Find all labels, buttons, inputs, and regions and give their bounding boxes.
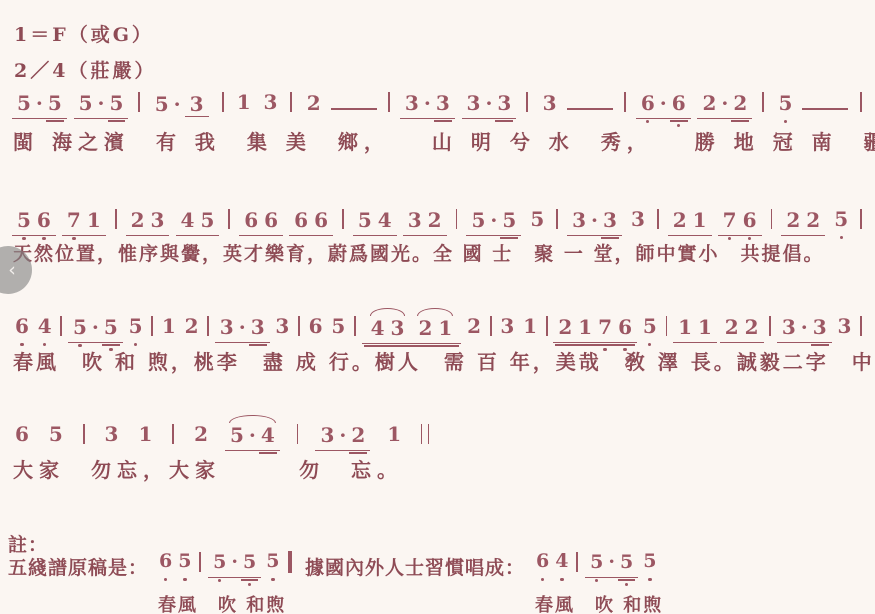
jianpu-note: 1	[697, 316, 713, 339]
jianpu-note: 6	[535, 551, 550, 573]
note-group: 3·3	[400, 91, 455, 119]
note-group: 76	[718, 208, 762, 236]
footnote-notes-original: 655·55	[158, 551, 295, 578]
jianpu-note: 7	[722, 209, 738, 232]
rhythm-dot: ·	[483, 93, 494, 113]
barline	[222, 92, 224, 112]
barline	[172, 424, 174, 444]
note-group: 45	[176, 208, 220, 236]
lyric-line-4: 大家 勿忘，大家 勿 忘。	[13, 454, 403, 483]
jianpu-note: 2	[724, 316, 740, 339]
rhythm-dot: ·	[606, 553, 617, 572]
rhythm-dot: ·	[337, 425, 348, 445]
jianpu-note: 3	[407, 209, 423, 232]
jianpu-note: 2	[557, 316, 573, 339]
note-group: 5·5	[12, 91, 67, 119]
jianpu-note: 2	[193, 423, 209, 446]
jianpu-note: 2	[744, 316, 760, 339]
jianpu-note: 3	[571, 209, 587, 232]
jianpu-note: 3	[189, 93, 205, 116]
jianpu-note: 5	[16, 209, 32, 232]
jianpu-note: 3	[781, 316, 797, 339]
jianpu-note: 4	[370, 317, 386, 340]
note-group: 3	[185, 92, 209, 117]
extension-dash	[567, 108, 613, 110]
note-group: 5·4	[225, 423, 280, 451]
footnote-row: 五綫譜原稿是： 655·55 春風 吹 和煦 據國內外人士習慣唱成： 645·5…	[8, 551, 673, 614]
jianpu-note: 5	[16, 92, 32, 115]
jianpu-note: 1	[577, 316, 593, 339]
lyric-line-2: 天然位置，惟序與黌，英才樂育，蔚爲國光。全 國 士 聚 一 堂，師中實小 共提倡…	[13, 239, 824, 266]
jianpu-note: 3	[630, 208, 646, 231]
jianpu-note: 6	[671, 92, 687, 115]
jianpu-note: 1	[86, 209, 102, 232]
note-group: 3·2	[315, 423, 370, 451]
jianpu-note: 1	[522, 315, 538, 338]
jianpu-note: 1	[236, 91, 252, 114]
footnote-example-custom: 645·55 春風 吹 和煦	[535, 551, 663, 614]
note-group: 5·5	[466, 208, 521, 236]
jianpu-note: 5	[72, 316, 88, 339]
jianpu-note: 1	[386, 423, 402, 446]
barline	[576, 552, 578, 572]
jianpu-note: 3	[390, 317, 406, 340]
jianpu-note: 6	[14, 423, 30, 446]
jianpu-note: 2	[427, 209, 443, 232]
jianpu-note: 5	[470, 209, 486, 232]
jianpu-note: 6	[36, 209, 52, 232]
lyric-line-3: 春風 吹 和 煦，桃李 盡 成 行。樹人 需 百 年，美哉 敎 澤 長。誠毅二字…	[13, 346, 875, 375]
final-barline	[421, 424, 429, 444]
music-line-3: 645·55123·336543212312176511223·33	[12, 315, 865, 344]
jianpu-note: 5	[265, 551, 280, 573]
footnote-custom-label: 據國內外人士習慣唱成：	[305, 551, 525, 580]
jianpu-note: 6	[158, 551, 173, 573]
jianpu-note: 5	[229, 424, 245, 447]
jianpu-note: 1	[161, 315, 177, 338]
jianpu-note: 3	[219, 316, 235, 339]
jianpu-note: 6	[263, 209, 279, 232]
jianpu-note: 1	[437, 317, 453, 340]
jianpu-note: 2	[306, 92, 322, 115]
barline	[342, 209, 344, 229]
note-group: 22	[781, 208, 825, 236]
barline	[666, 316, 668, 336]
barline	[199, 552, 201, 572]
barline	[297, 424, 299, 444]
jianpu-note: 3	[602, 209, 618, 232]
note-group: 32	[403, 208, 447, 236]
jianpu-note: 5	[154, 93, 170, 116]
jianpu-note: 5	[103, 316, 119, 339]
barline	[290, 92, 292, 112]
barline	[298, 316, 300, 336]
jianpu-note: 5	[199, 209, 215, 232]
jianpu-note: 5	[47, 92, 63, 115]
barline	[860, 209, 862, 229]
jianpu-note: 4	[180, 209, 196, 232]
barline	[83, 424, 85, 444]
rhythm-dot: ·	[488, 210, 499, 230]
jianpu-note: 2	[785, 209, 801, 232]
rhythm-dot: ·	[589, 210, 600, 230]
jianpu-note: 6	[742, 209, 758, 232]
lyric-line-1: 閩 海之濱 有 我 集 美 鄉， 山 明 兮 水 秀， 勝 地 冠 南 疆。	[13, 126, 875, 155]
note-group: 3	[538, 91, 615, 118]
jianpu-note: 6	[293, 209, 309, 232]
jianpu-note: 2	[350, 424, 366, 447]
barline	[771, 209, 773, 229]
chevron-left-icon: ‹	[8, 261, 16, 280]
jianpu-note: 3	[250, 316, 266, 339]
barline	[115, 209, 117, 229]
note-group: 3·3	[567, 208, 622, 236]
jianpu-note: 3	[435, 92, 451, 115]
rhythm-dot: ·	[229, 553, 240, 572]
jianpu-note: 1	[692, 209, 708, 232]
jianpu-note: 5	[501, 209, 517, 232]
rhythm-dot: ·	[799, 317, 810, 337]
note-group: 5·5	[208, 551, 261, 578]
music-line-2: 56712345666654325·553·332176225	[12, 208, 865, 236]
note-group: 71	[62, 208, 106, 236]
barline	[456, 209, 458, 229]
thick-barline	[288, 551, 293, 573]
jianpu-note: 1	[137, 423, 153, 446]
jianpu-note: 7	[597, 316, 613, 339]
note-group: 5·3	[150, 91, 213, 120]
rhythm-dot: ·	[719, 93, 730, 113]
jianpu-note: 5	[642, 315, 658, 338]
jianpu-note: 4	[260, 424, 276, 447]
note-group: 2176	[553, 315, 637, 343]
jianpu-note: 5	[778, 92, 794, 115]
jianpu-note: 5	[330, 315, 346, 338]
time-signature: 2／4（莊嚴）	[14, 56, 156, 83]
barline	[138, 92, 140, 112]
jianpu-note: 6	[14, 315, 30, 338]
note-group: 22	[720, 315, 764, 343]
note-group: 5	[774, 91, 851, 118]
jianpu-note: 3	[499, 315, 515, 338]
jianpu-note: 5	[589, 552, 604, 574]
jianpu-note: 6	[243, 209, 259, 232]
jianpu-note: 5	[109, 92, 125, 115]
note-group: 2·2	[697, 91, 752, 119]
jianpu-note: 2	[701, 92, 717, 115]
footnote-notes-custom: 645·55	[535, 551, 663, 578]
barline	[546, 316, 548, 336]
jianpu-note: 5	[619, 552, 634, 574]
jianpu-note: 3	[404, 92, 420, 115]
barline	[354, 316, 356, 336]
note-group: 66	[289, 208, 333, 236]
note-group: 5·5	[585, 551, 638, 578]
extension-dash	[331, 108, 377, 110]
barline	[762, 92, 764, 112]
jianpu-note: 4	[37, 315, 53, 338]
jianpu-note: 2	[466, 315, 482, 338]
rhythm-dot: ·	[90, 317, 101, 337]
jianpu-note: 5	[78, 92, 94, 115]
jianpu-note: 3	[496, 92, 512, 115]
jianpu-note: 3	[319, 424, 335, 447]
rhythm-dot: ·	[247, 425, 258, 445]
barline	[556, 209, 558, 229]
jianpu-note: 3	[466, 92, 482, 115]
note-group: 3·3	[462, 91, 517, 119]
jianpu-note: 5	[212, 552, 227, 574]
jianpu-note: 5	[642, 551, 657, 573]
barline	[228, 209, 230, 229]
jianpu-note: 2	[184, 315, 200, 338]
jianpu-note: 3	[104, 423, 120, 446]
jianpu-note: 3	[812, 316, 828, 339]
note-group: 5·5	[68, 315, 123, 343]
barline	[860, 316, 862, 336]
note-group: 21	[668, 208, 712, 236]
jianpu-note: 3	[274, 315, 290, 338]
rhythm-dot: ·	[96, 93, 107, 113]
rhythm-dot: ·	[237, 317, 248, 337]
jianpu-note: 4	[377, 209, 393, 232]
jianpu-note: 6	[313, 209, 329, 232]
jianpu-note: 5	[357, 209, 373, 232]
barline	[624, 92, 626, 112]
barline	[207, 316, 209, 336]
barline	[769, 316, 771, 336]
note-group: 23	[126, 208, 170, 236]
note-group: 54	[353, 208, 397, 236]
footnote-lyrics-custom: 春風 吹 和煦	[535, 591, 663, 614]
jianpu-note: 3	[263, 91, 279, 114]
jianpu-note: 3	[150, 209, 166, 232]
jianpu-note: 5	[833, 208, 849, 231]
barline	[657, 209, 659, 229]
footnote-original-label: 五綫譜原稿是：	[8, 551, 148, 580]
barline	[526, 92, 528, 112]
extension-dash	[802, 108, 848, 110]
jianpu-note: 5	[529, 208, 545, 231]
rhythm-dot: ·	[658, 93, 669, 113]
jianpu-note: 3	[542, 92, 558, 115]
music-line-1: 5·55·55·31323·33·336·62·25	[12, 91, 865, 120]
jianpu-note: 5	[48, 423, 64, 446]
jianpu-note: 7	[66, 209, 82, 232]
barline	[490, 316, 492, 336]
jianpu-note: 6	[308, 315, 324, 338]
note-group: 3·3	[777, 315, 832, 343]
note-group: 21	[413, 316, 457, 340]
rhythm-dot: ·	[172, 94, 183, 114]
note-group: 11	[673, 315, 717, 343]
note-group: 6·6	[636, 91, 691, 119]
jianpu-note: 2	[672, 209, 688, 232]
note-group: 4321	[362, 315, 462, 344]
footnote-example-original: 655·55 春風 吹 和煦	[158, 551, 295, 614]
music-line-4: 653125·43·21	[12, 423, 865, 451]
key-signature: 1＝F（或G）	[14, 20, 154, 47]
barline	[860, 92, 862, 112]
jianpu-note: 3	[837, 315, 853, 338]
footnote-lyrics-original: 春風 吹 和煦	[158, 591, 295, 614]
note-group: 3·3	[215, 315, 270, 343]
note-group: 5·5	[74, 91, 129, 119]
jianpu-note: 5	[242, 552, 257, 574]
sheet-music-page: 1＝F（或G） 2／4（莊嚴） 5·55·55·31323·33·336·62·…	[0, 0, 875, 614]
jianpu-note: 2	[805, 209, 821, 232]
jianpu-note: 2	[732, 92, 748, 115]
jianpu-note: 5	[128, 315, 144, 338]
barline	[388, 92, 390, 112]
jianpu-note: 6	[640, 92, 656, 115]
jianpu-note: 4	[554, 551, 569, 573]
jianpu-note: 6	[617, 316, 633, 339]
note-group: 56	[12, 208, 56, 236]
jianpu-note: 2	[417, 317, 433, 340]
note-group: 43	[366, 316, 410, 340]
jianpu-note: 2	[130, 209, 146, 232]
barline	[151, 316, 153, 336]
jianpu-note: 5	[177, 551, 192, 573]
rhythm-dot: ·	[34, 93, 45, 113]
jianpu-note: 1	[677, 316, 693, 339]
rhythm-dot: ·	[422, 93, 433, 113]
note-group: 2	[302, 91, 379, 118]
note-group: 66	[239, 208, 283, 236]
barline	[60, 316, 62, 336]
